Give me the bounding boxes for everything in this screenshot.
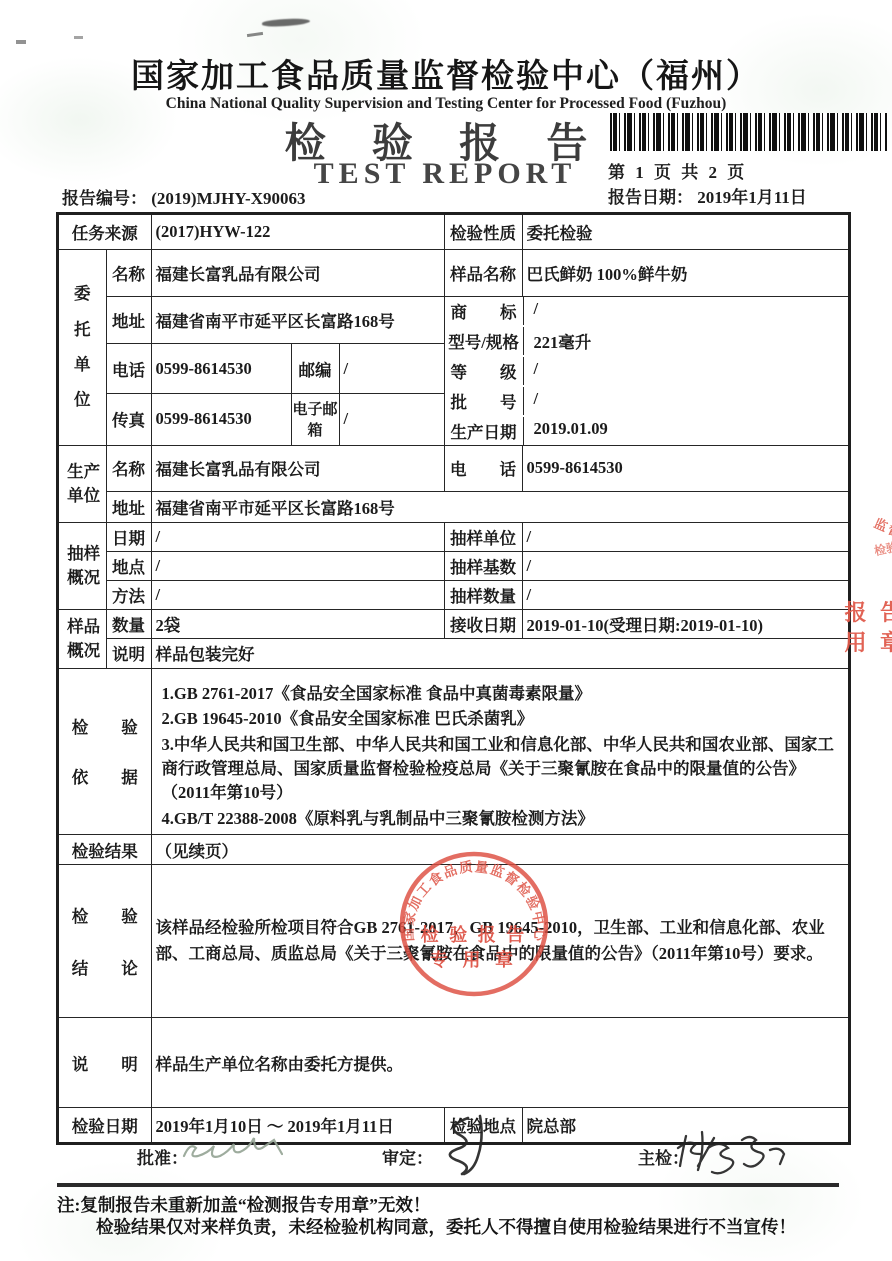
brand-label: 商 标 <box>445 297 523 325</box>
test-place-label: 检验地点 <box>444 1108 522 1143</box>
batch-label: 批 号 <box>445 387 523 415</box>
sample-qty-value: 2袋 <box>151 609 444 638</box>
grade-value: / <box>523 357 849 385</box>
approve-label: 批准： <box>137 1144 188 1169</box>
test-report-page: 国家加工食品质量监督检验中心（福州） China National Qualit… <box>0 0 892 1261</box>
sampling-place-label: 地点 <box>106 551 151 580</box>
sampling-base-value: / <box>522 551 849 580</box>
client-zip-label: 邮编 <box>291 344 339 394</box>
client-fax-label: 传真 <box>106 394 151 445</box>
task-source-label: 任务来源 <box>58 214 151 249</box>
note-text: 样品生产单位名称由委托方提供。 <box>151 1018 849 1108</box>
scan-smudge <box>262 17 310 27</box>
producer-phone-value: 0599-8614530 <box>522 445 849 491</box>
client-zip-value: / <box>339 344 444 394</box>
conclusion-text: 该样品经检验所检项目符合GB 2761-2017，GB 19645-2010，卫… <box>151 865 849 1018</box>
sample-qty-label: 数量 <box>106 609 151 638</box>
client-addr-value: 福建省南平市延平区长富路168号 <box>151 296 444 344</box>
client-email-value: / <box>339 394 444 445</box>
client-addr-label: 地址 <box>106 296 151 344</box>
model-label: 型号/规格 <box>445 327 523 355</box>
producer-phone-label: 电 话 <box>444 445 522 491</box>
client-email-label: 电子邮箱 <box>291 394 339 445</box>
page-info: 第 1 页 共 2 页 <box>608 158 747 183</box>
task-source-value: (2017)HYW-122 <box>151 214 444 249</box>
result-label: 检验结果 <box>58 835 151 865</box>
sample-desc-value: 样品包装完好 <box>151 638 849 668</box>
sample-name-value: 巴氏鲜奶 100%鲜牛奶 <box>522 249 849 296</box>
model-value: 221毫升 <box>523 327 849 355</box>
center-name-cn: 国家加工食品质量监督检验中心（福州） <box>0 50 892 97</box>
scan-smudge <box>16 40 26 44</box>
client-phone-value: 0599-8614530 <box>151 344 291 394</box>
recv-date-value: 2019-01-10(受理日期:2019-01-10) <box>522 609 849 638</box>
sampling-date-label: 日期 <box>106 522 151 551</box>
sampling-method-value: / <box>151 580 444 609</box>
basis-content: 1.GB 2761-2017《食品安全国家标准 食品中真菌毒素限量》 2.GB … <box>151 668 849 835</box>
barcode <box>610 113 888 151</box>
scan-smudge <box>247 32 263 37</box>
producer-name-value: 福建长富乳品有限公司 <box>151 445 444 491</box>
basis-label: 检 验 依 据 <box>58 668 151 835</box>
prod-date-label: 生产日期 <box>445 417 523 445</box>
client-fax-value: 0599-8614530 <box>151 394 291 445</box>
client-unit-label: 委托单位 <box>58 249 106 445</box>
sample-desc-label: 说明 <box>106 638 151 668</box>
grade-label: 等 级 <box>445 357 523 385</box>
test-place-value: 院总部 <box>522 1108 849 1143</box>
sampling-date-value: / <box>151 522 444 551</box>
report-number: 报告编号： (2019)MJHY-X90063 <box>62 184 306 209</box>
sampling-qty-label: 抽样数量 <box>444 580 522 609</box>
sampling-place-value: / <box>151 551 444 580</box>
sample-overview-label: 样品概况 <box>58 609 106 668</box>
sample-detail-block: 商 标 / 型号/规格 221毫升 等 级 / 批 号 / 生产日期 2019.… <box>444 296 849 445</box>
batch-value: / <box>523 387 849 415</box>
footer-note-2: 检验结果仅对来样负责，未经检验机构同意，委托人不得擅自使用检验结果进行不当宣传！ <box>96 1214 796 1239</box>
test-date-label: 检验日期 <box>58 1108 151 1143</box>
sample-name-label: 样品名称 <box>444 249 522 296</box>
prod-date-value: 2019.01.09 <box>523 417 849 445</box>
client-phone-label: 电话 <box>106 344 151 394</box>
sampling-qty-value: / <box>522 580 849 609</box>
conclusion-label: 检 验 结 论 <box>58 865 151 1018</box>
sampling-unit-label: 抽样单位 <box>444 522 522 551</box>
test-nature-value: 委托检验 <box>522 214 849 249</box>
client-name-value: 福建长富乳品有限公司 <box>151 249 444 296</box>
test-date-value: 2019年1月10日 ～ 2019年1月11日 <box>151 1108 444 1143</box>
sampling-method-label: 方法 <box>106 580 151 609</box>
footer-divider <box>57 1183 839 1187</box>
scan-smudge <box>74 36 83 39</box>
result-value: （见续页） <box>151 835 849 865</box>
recv-date-label: 接收日期 <box>444 609 522 638</box>
sampling-unit-value: / <box>522 522 849 551</box>
producer-name-label: 名称 <box>106 445 151 491</box>
producer-addr-label: 地址 <box>106 491 151 522</box>
test-nature-label: 检验性质 <box>444 214 522 249</box>
note-label: 说 明 <box>58 1018 151 1108</box>
report-table: 任务来源 (2017)HYW-122 检验性质 委托检验 委托单位 名称 福建长… <box>57 213 850 1144</box>
inspector-label: 主检： <box>638 1144 689 1169</box>
client-name-label: 名称 <box>106 249 151 296</box>
sampling-label: 抽样概况 <box>58 522 106 609</box>
sampling-base-label: 抽样基数 <box>444 551 522 580</box>
brand-value: / <box>523 297 849 325</box>
producer-addr-value: 福建省南平市延平区长富路168号 <box>151 491 849 522</box>
report-date: 报告日期： 2019年1月11日 <box>608 183 807 208</box>
review-label: 审定： <box>382 1144 433 1169</box>
producer-label: 生产单位 <box>58 445 106 522</box>
